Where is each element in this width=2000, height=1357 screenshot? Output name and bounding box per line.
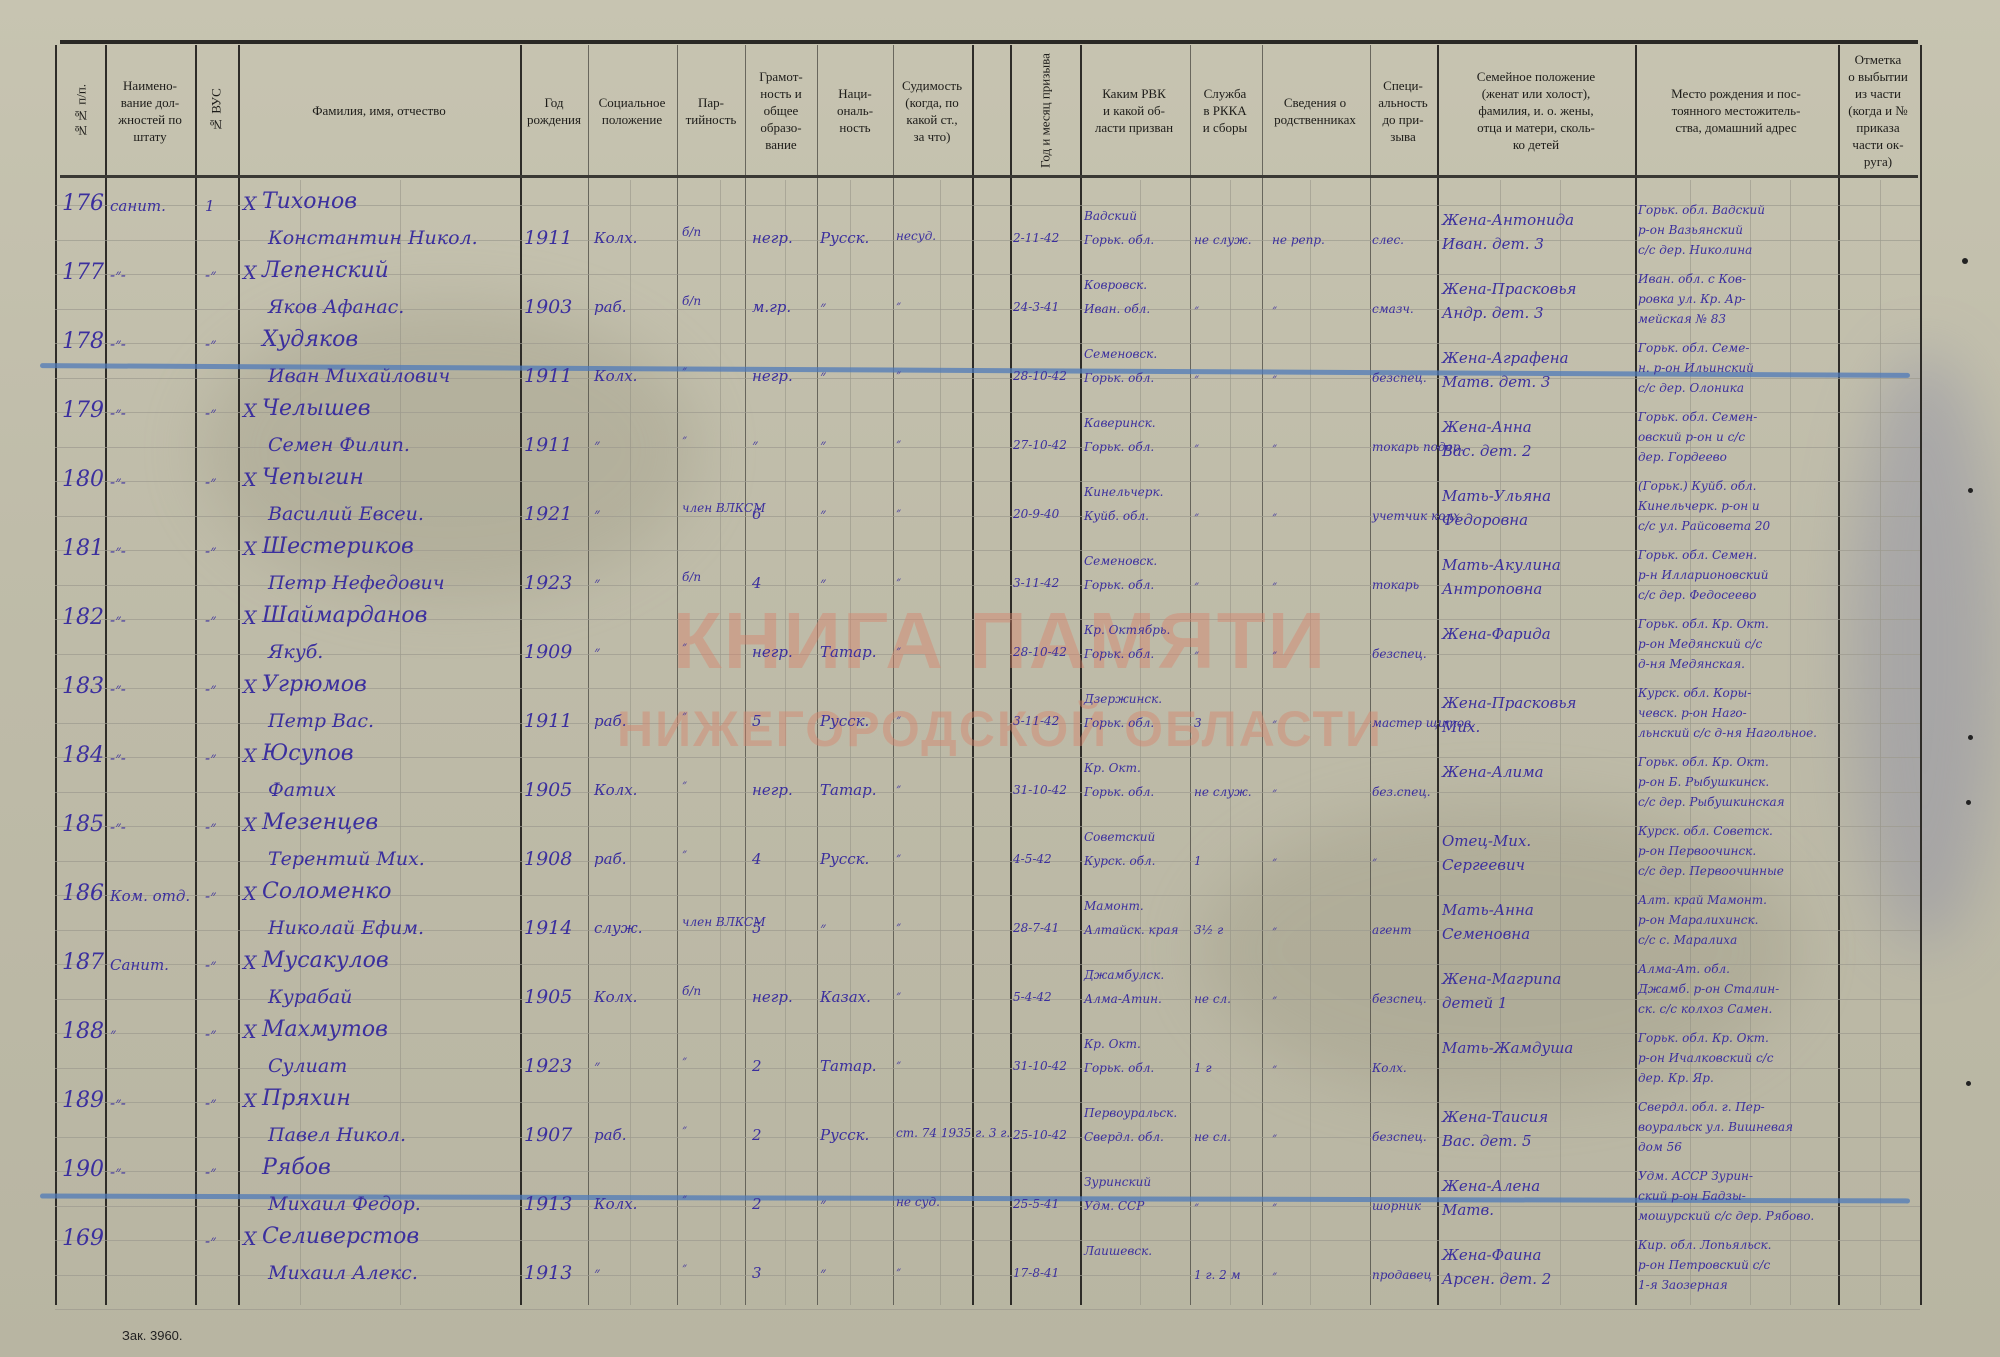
row-rvk-region: Горьк. обл.	[1084, 440, 1154, 454]
row-address-2: р-н Илларионовский	[1638, 568, 1768, 582]
row-address-1: Горьк. обл. Вадский	[1638, 203, 1765, 217]
row-address-2: овский р-он и с/с	[1638, 430, 1745, 444]
row-mark: Х	[243, 1021, 257, 1043]
row-rvk-district: Семеновск.	[1084, 347, 1157, 361]
row-number: 169	[62, 1226, 104, 1251]
row-convictions: ״	[896, 1264, 901, 1279]
row-education: 5	[752, 712, 762, 730]
row-family-2: Федоровна	[1442, 511, 1528, 529]
row-given-name: Яков Афанас.	[268, 296, 404, 318]
row-family-2: детей 1	[1442, 994, 1507, 1012]
row-convictions: ״	[896, 643, 901, 658]
row-rvk-region: Горьк. обл.	[1084, 716, 1154, 730]
row-party: ״	[682, 363, 687, 378]
header-rvk: Каким РВК и какой об- ласти призван	[1080, 48, 1188, 173]
row-relatives: ״	[1272, 716, 1277, 731]
row-party: ״	[682, 777, 687, 792]
row-surname: Пряхин	[262, 1086, 351, 1111]
row-draft-date: 4-5-42	[1013, 852, 1052, 866]
row-social-status: Колх.	[594, 229, 637, 247]
row-family-1: Жена-Аграфена	[1442, 349, 1569, 367]
row-address-2: чевск. р-он Наго-	[1638, 706, 1747, 720]
row-relatives: ״	[1272, 1199, 1277, 1214]
row-education: негр.	[752, 781, 793, 799]
header-relatives: Сведения о родственниках	[1262, 48, 1368, 173]
row-birth-year: 1907	[524, 1124, 572, 1146]
row-education: 5	[752, 919, 762, 937]
row-address-2: р-он Петровский с/с	[1638, 1258, 1770, 1272]
row-social-status: Колх.	[594, 988, 637, 1006]
row-relatives: не репр.	[1272, 233, 1325, 247]
row-address-3: д-ня Медянская.	[1638, 657, 1745, 671]
row-surname: Шаймарданов	[262, 603, 427, 628]
row-vus: -״	[205, 1163, 216, 1182]
row-birth-year: 1911	[524, 365, 572, 387]
row-family-2: Иван. дет. 3	[1442, 235, 1544, 253]
row-family-1: Жена-Магрипа	[1442, 970, 1561, 988]
row-rvk-region: Горьк. обл.	[1084, 371, 1154, 385]
header-bottom-rule	[60, 175, 1918, 178]
row-address-1: Курск. обл. Коры-	[1638, 686, 1751, 700]
row-family-1: Отец-Мих.	[1442, 832, 1531, 850]
column-rule	[1920, 45, 1922, 1305]
header-top-rule	[60, 40, 1918, 44]
row-relatives: ״	[1272, 854, 1277, 869]
row-family-1: Жена-Фаина	[1442, 1246, 1542, 1264]
row-rvk-district: Кинельчерк.	[1084, 485, 1163, 499]
row-specialty: безспец.	[1372, 647, 1427, 661]
row-surname: Лепенский	[262, 258, 389, 283]
header-party: Пар- тийность	[678, 48, 744, 173]
row-convictions: ״	[896, 919, 901, 934]
row-nationality: Русск.	[820, 229, 869, 247]
row-draft-date: 31-10-42	[1013, 783, 1067, 797]
row-rvk-region: Горьк. обл.	[1084, 1061, 1154, 1075]
row-rule	[55, 1309, 1920, 1310]
row-birth-year: 1913	[524, 1262, 572, 1284]
row-social-status: служ.	[594, 919, 642, 937]
row-draft-date: 3-11-42	[1013, 714, 1059, 728]
row-vus: -״	[205, 1094, 216, 1113]
header-education: Грамот- ность и общее образо- вание	[746, 48, 816, 173]
row-draft-date: 24-3-41	[1013, 300, 1059, 314]
column-rule	[1635, 45, 1637, 1305]
row-position: санит.	[110, 197, 166, 215]
row-convictions: ״	[896, 1057, 901, 1072]
row-given-name: Терентий Мих.	[268, 848, 425, 870]
header-draft-date: Год и месяц призыва	[1012, 48, 1078, 173]
row-mark: Х	[243, 745, 257, 767]
row-rvk-district: Первоуральск.	[1084, 1106, 1177, 1120]
row-address-3: мейская № 83	[1638, 312, 1726, 326]
row-rvk-region: Горьк. обл.	[1084, 233, 1154, 247]
row-service: ״	[1194, 578, 1199, 593]
header-vus: № ВУС	[196, 48, 236, 173]
binding-hole	[1968, 488, 1973, 493]
row-given-name: Иван Михайлович	[268, 365, 450, 387]
row-number: 183	[62, 674, 104, 699]
row-convictions: не суд.	[896, 1195, 940, 1209]
row-nationality: ״	[820, 919, 826, 938]
row-rvk-district: Мамонт.	[1084, 899, 1144, 913]
row-education: 2	[752, 1195, 762, 1213]
row-number: 187	[62, 950, 104, 975]
row-family-1: Жена-Алима	[1442, 763, 1544, 781]
row-nationality: ״	[820, 1264, 826, 1283]
row-number: 190	[62, 1157, 104, 1182]
row-convictions: ״	[896, 712, 901, 727]
row-education: ״	[752, 436, 758, 455]
row-social-status: раб.	[594, 850, 626, 868]
row-relatives: ״	[1272, 1268, 1277, 1283]
row-specialty: агент	[1372, 923, 1412, 937]
row-address-1: Горьк. обл. Кр. Окт.	[1638, 1031, 1769, 1045]
row-service: нe служ.	[1194, 233, 1252, 247]
row-education: негр.	[752, 367, 793, 385]
row-vus: -״	[205, 611, 216, 630]
row-address-2: р-он Б. Рыбушкинск.	[1638, 775, 1769, 789]
row-family-2: Вас. дет. 5	[1442, 1132, 1532, 1150]
header-family: Семейное положение (женат или холост), ф…	[1438, 48, 1634, 173]
row-specialty: безспец.	[1372, 1130, 1427, 1144]
row-family-1: Жена-Таисия	[1442, 1108, 1548, 1126]
row-social-status: Колх.	[594, 367, 637, 385]
row-mark: Х	[243, 676, 257, 698]
row-vus: -״	[205, 542, 216, 561]
row-given-name: Фатих	[268, 779, 336, 801]
row-social-status: ״	[594, 643, 600, 662]
row-party: б/п	[682, 984, 701, 998]
binding-hole	[1962, 258, 1968, 264]
row-surname: Худяков	[262, 327, 358, 352]
row-address-3: с/с с. Маралиха	[1638, 933, 1737, 947]
row-education: 2	[752, 1126, 762, 1144]
row-party: ״	[682, 1122, 687, 1137]
row-address-2: р-он Медянский с/с	[1638, 637, 1762, 651]
row-relatives: ״	[1272, 371, 1277, 386]
row-address-1: Горьк. обл. Семен-	[1638, 410, 1757, 424]
row-birth-year: 1921	[524, 503, 572, 525]
row-surname: Шестериков	[262, 534, 414, 559]
row-rvk-district: Дзержинск.	[1084, 692, 1162, 706]
row-number: 185	[62, 812, 104, 837]
row-vus: -״	[205, 335, 216, 354]
row-surname: Мусакулов	[262, 948, 389, 973]
row-given-name: Петр Вас.	[268, 710, 374, 732]
row-specialty: шорник	[1372, 1199, 1421, 1213]
row-service: 1 г. 2 м	[1194, 1268, 1241, 1282]
column-rule	[105, 45, 107, 1305]
row-social-status: ״	[594, 574, 600, 593]
row-relatives: ״	[1272, 992, 1277, 1007]
row-mark: Х	[243, 193, 257, 215]
row-vus: -״	[205, 956, 216, 975]
row-rvk-district: Семеновск.	[1084, 554, 1157, 568]
row-service: не сл.	[1194, 992, 1231, 1006]
row-party: ״	[682, 1191, 687, 1206]
row-given-name: Семен Филип.	[268, 434, 410, 456]
row-nationality: Татар.	[820, 1057, 876, 1075]
row-convictions: ״	[896, 505, 901, 520]
row-relatives: ״	[1272, 923, 1277, 938]
row-nationality: ״	[820, 367, 826, 386]
row-draft-date: 2-11-42	[1013, 231, 1059, 245]
row-birth-year: 1911	[524, 710, 572, 732]
watermark-line2: НИЖЕГОРОДСКОЙ ОБЛАСТИ	[560, 700, 1440, 758]
row-address-2: ский р-он Бадзы-	[1638, 1189, 1746, 1203]
row-family-2: Семеновна	[1442, 925, 1530, 943]
row-party: ״	[682, 432, 687, 447]
row-specialty: безспец.	[1372, 992, 1427, 1006]
row-vus: 1	[205, 197, 215, 215]
header-address: Место рождения и пос- тоянного местожите…	[1636, 48, 1836, 173]
row-rvk-district: Зуринский	[1084, 1175, 1151, 1189]
column-rule	[238, 45, 240, 1305]
row-birth-year: 1905	[524, 779, 572, 801]
row-position: -״-	[110, 266, 126, 285]
binding-hole	[1966, 1081, 1971, 1086]
row-social-status: ״	[594, 1264, 600, 1283]
row-education: 6	[752, 505, 762, 523]
row-surname: Челышев	[262, 396, 371, 421]
row-rvk-region: Иван. обл.	[1084, 302, 1150, 316]
row-relatives: ״	[1272, 1061, 1277, 1076]
row-relatives: ״	[1272, 509, 1277, 524]
row-family-2: Матв. дет. 3	[1442, 373, 1550, 391]
row-service: ״	[1194, 371, 1199, 386]
row-rvk-region: Алма-Атин.	[1084, 992, 1162, 1006]
row-address-2: р-он Маралихинск.	[1638, 913, 1758, 927]
row-rvk-district: Вадский	[1084, 209, 1137, 223]
row-family-2: Сергеевич	[1442, 856, 1525, 874]
row-mark: Х	[243, 607, 257, 629]
row-position: -״-	[110, 749, 126, 768]
watermark-line1: КНИГА ПАМЯТИ	[560, 595, 1440, 687]
row-address-1: Горьк. обл. Кр. Окт.	[1638, 617, 1769, 631]
row-position: -״-	[110, 611, 126, 630]
row-family-2: Вас. дет. 2	[1442, 442, 1532, 460]
row-address-2: р-он Вазьянский	[1638, 223, 1743, 237]
row-address-1: Алма-Ат. обл.	[1638, 962, 1730, 976]
row-relatives: ״	[1272, 647, 1277, 662]
row-rvk-region: Алтайск. края	[1084, 923, 1178, 937]
row-draft-date: 28-10-42	[1013, 369, 1067, 383]
row-given-name: Петр Нефедович	[268, 572, 445, 594]
row-surname: Юсупов	[262, 741, 354, 766]
header-nationality: Нaци- ональ- ность	[818, 48, 892, 173]
row-social-status: ״	[594, 436, 600, 455]
row-address-2: воуральск ул. Вишневая	[1638, 1120, 1793, 1134]
row-position: -״-	[110, 542, 126, 561]
row-rvk-region: Курск. обл.	[1084, 854, 1155, 868]
row-convictions: ״	[896, 988, 901, 1003]
row-address-1: Горьк. обл. Семе-	[1638, 341, 1749, 355]
row-number: 176	[62, 191, 104, 216]
row-specialty: без.спец.	[1372, 785, 1431, 799]
row-family-1: Жена-Прасковья	[1442, 694, 1576, 712]
header-name: Фамилия, имя, отчество	[240, 48, 518, 173]
row-position: -״-	[110, 404, 126, 423]
row-address-1: Кир. обл. Лопьяльск.	[1638, 1238, 1771, 1252]
row-rvk-region: Горьк. обл.	[1084, 647, 1154, 661]
row-rvk-region: Горьк. обл.	[1084, 785, 1154, 799]
row-number: 188	[62, 1019, 104, 1044]
row-social-status: Колх.	[594, 1195, 637, 1213]
row-party: б/п	[682, 294, 701, 308]
row-address-3: мошурский с/с дер. Рябово.	[1638, 1209, 1814, 1223]
row-nationality: Русск.	[820, 1126, 869, 1144]
header-service: Служба в РККА и сборы	[1190, 48, 1260, 173]
row-birth-year: 1909	[524, 641, 572, 663]
row-service: 1 г	[1194, 1061, 1212, 1075]
row-rvk-region: Куйб. обл.	[1084, 509, 1149, 523]
row-family-1: Мать-Ульяна	[1442, 487, 1551, 505]
row-party: б/п	[682, 570, 701, 584]
row-family-1: Жена-Прасковья	[1442, 280, 1576, 298]
header-convictions: Судимость (когда, по какой ст., за что)	[894, 48, 970, 173]
row-address-2: н. р-он Ильинский	[1638, 361, 1754, 375]
row-specialty: Колх.	[1372, 1061, 1407, 1075]
row-address-3: льнский с/с д-ня Нагольное.	[1638, 726, 1817, 740]
footer-order-number: Зак. 3960.	[122, 1328, 183, 1343]
row-address-3: с/с дер. Рыбушкинская	[1638, 795, 1785, 809]
row-rvk-district: Кр. Октябрь.	[1084, 623, 1170, 637]
header-birth-year: Год рождения	[522, 48, 586, 173]
row-service: ״	[1194, 302, 1199, 317]
row-address-2: р-он Первоочинск.	[1638, 844, 1756, 858]
row-party: б/п	[682, 225, 701, 239]
row-service: ״	[1194, 440, 1199, 455]
row-convictions: несуд.	[896, 229, 936, 243]
row-birth-year: 1923	[524, 1055, 572, 1077]
row-family-2: Андр. дет. 3	[1442, 304, 1544, 322]
row-party: ״	[682, 639, 687, 654]
row-surname: Мезенцев	[262, 810, 378, 835]
row-nationality: ״	[820, 574, 826, 593]
row-address-3: ск. с/с колхоз Самен.	[1638, 1002, 1772, 1016]
row-number: 189	[62, 1088, 104, 1113]
row-rvk-district: Джамбулск.	[1084, 968, 1164, 982]
row-position: Ком. отд.	[110, 887, 190, 905]
row-given-name: Якуб.	[268, 641, 323, 663]
row-specialty: токарь	[1372, 578, 1419, 592]
row-specialty: слес.	[1372, 233, 1404, 247]
row-position: -״-	[110, 335, 126, 354]
row-surname: Рябов	[262, 1155, 331, 1180]
row-nationality: Татар.	[820, 781, 876, 799]
header-specialty: Специ- альность до при- зыва	[1370, 48, 1436, 173]
row-given-name: Николай Ефим.	[268, 917, 424, 939]
row-given-name: Константин Никол.	[268, 227, 478, 249]
row-address-3: дер. Гордеево	[1638, 450, 1727, 464]
row-birth-year: 1911	[524, 434, 572, 456]
row-position: -״-	[110, 1094, 126, 1113]
row-nationality: Русск.	[820, 712, 869, 730]
row-surname: Махмутов	[262, 1017, 388, 1042]
row-nationality: ״	[820, 298, 826, 317]
row-draft-date: 17-8-41	[1013, 1266, 1059, 1280]
row-address-1: Удм. АССР Зурин-	[1638, 1169, 1753, 1183]
row-rvk-district: Лаишевск.	[1084, 1244, 1152, 1258]
row-party: ״	[682, 846, 687, 861]
row-mark: Х	[243, 262, 257, 284]
row-draft-date: 5-4-42	[1013, 990, 1052, 1004]
row-address-3: дер. Кр. Яр.	[1638, 1071, 1714, 1085]
binding-hole	[1966, 800, 1971, 805]
row-given-name: Павел Никол.	[268, 1124, 406, 1146]
row-draft-date: 27-10-42	[1013, 438, 1067, 452]
row-draft-date: 3-11-42	[1013, 576, 1059, 590]
row-relatives: ״	[1272, 302, 1277, 317]
row-education: 4	[752, 850, 762, 868]
row-nationality: ״	[820, 436, 826, 455]
row-surname: Тихонов	[262, 189, 357, 214]
row-number: 181	[62, 536, 104, 561]
binding-hole	[1968, 735, 1973, 740]
row-relatives: ״	[1272, 785, 1277, 800]
row-surname: Угрюмов	[262, 672, 367, 697]
row-convictions: ״	[896, 367, 901, 382]
row-vus: -״	[205, 818, 216, 837]
row-rvk-district: Каверинск.	[1084, 416, 1156, 430]
row-birth-year: 1911	[524, 227, 572, 249]
row-birth-year: 1908	[524, 848, 572, 870]
row-party: ״	[682, 708, 687, 723]
row-rvk-district: Ковровск.	[1084, 278, 1147, 292]
row-draft-date: 28-7-41	[1013, 921, 1059, 935]
row-relatives: ״	[1272, 440, 1277, 455]
row-draft-date: 25-5-41	[1013, 1197, 1059, 1211]
row-vus: -״	[205, 749, 216, 768]
row-education: 2	[752, 1057, 762, 1075]
row-position: -״-	[110, 818, 126, 837]
row-mark: Х	[243, 1228, 257, 1250]
row-birth-year: 1913	[524, 1193, 572, 1215]
header-social: Социальное положение	[588, 48, 676, 173]
row-family-1: Жена-Антонида	[1442, 211, 1574, 229]
row-mark: Х	[243, 400, 257, 422]
row-education: 4	[752, 574, 762, 592]
row-nationality: Татар.	[820, 643, 876, 661]
row-draft-date: 31-10-42	[1013, 1059, 1067, 1073]
row-service: ״	[1194, 647, 1199, 662]
row-education: м.гр.	[752, 298, 791, 316]
row-convictions: ст. 74 1935 г. 3 г.	[896, 1126, 1010, 1140]
row-service: 3	[1194, 716, 1202, 730]
row-number: 184	[62, 743, 104, 768]
row-vus: -״	[205, 473, 216, 492]
row-address-2: Джамб. р-он Сталин-	[1638, 982, 1779, 996]
header-position: Наимено- вание дол- жностей по штату	[106, 48, 194, 173]
row-mark: Х	[243, 814, 257, 836]
row-vus: -״	[205, 887, 216, 906]
row-number: 177	[62, 260, 104, 285]
row-address-1: Курск. обл. Советск.	[1638, 824, 1773, 838]
row-vus: -״	[205, 266, 216, 285]
row-mark: Х	[243, 538, 257, 560]
row-specialty: ״	[1372, 854, 1377, 869]
row-nationality: ״	[820, 505, 826, 524]
row-vus: -״	[205, 1232, 216, 1251]
row-number: 179	[62, 398, 104, 423]
column-rule	[195, 45, 197, 1305]
row-education: негр.	[752, 988, 793, 1006]
row-family-1: Мать-Акулина	[1442, 556, 1561, 574]
row-surname: Соломенко	[262, 879, 391, 904]
row-social-status: ״	[594, 505, 600, 524]
row-rvk-district: Советский	[1084, 830, 1155, 844]
row-address-3: с/с дер. Первоочинные	[1638, 864, 1784, 878]
